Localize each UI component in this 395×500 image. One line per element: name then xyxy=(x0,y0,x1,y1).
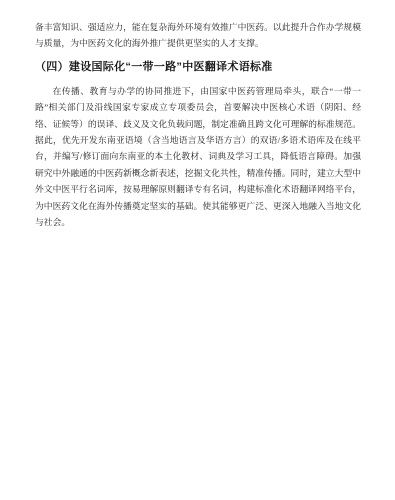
document-page: 备丰富知识、强适应力，能在复杂海外环境有效推广中医药。以此提升合作办学规模与质量… xyxy=(0,0,395,500)
section-heading: （四）建设国际化“一带一路”中医翻译术语标准 xyxy=(35,59,361,76)
body-paragraph: 在传播、教育与办学的协同推进下，由国家中医药管理局牵头，联合“一带一路”相关部门… xyxy=(35,83,361,231)
continuation-paragraph: 备丰富知识、强适应力，能在复杂海外环境有效推广中医药。以此提升合作办学规模与质量… xyxy=(35,19,361,52)
